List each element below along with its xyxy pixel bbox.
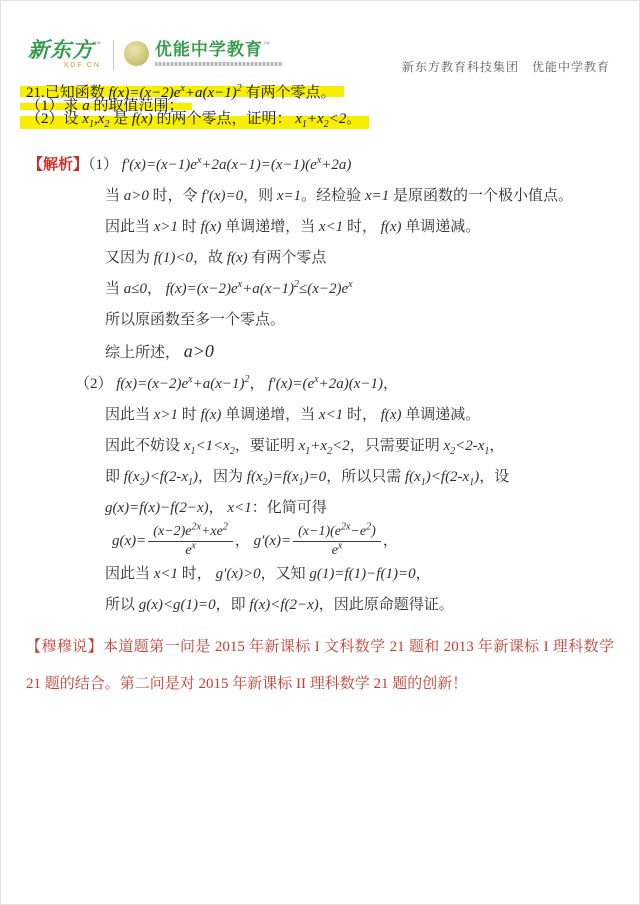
- math-run: f(x2)=f(x1)=0: [247, 469, 326, 485]
- text-run: 时，: [343, 407, 381, 423]
- math-run: f(x): [132, 111, 153, 127]
- text-run: 是: [109, 111, 132, 127]
- text-run: ，要证明: [235, 438, 299, 454]
- text-run: （1）: [88, 157, 122, 173]
- text-run: 所以原函数至多一个零点。: [105, 312, 285, 328]
- text-run: 时，: [178, 566, 216, 582]
- fraction-denominator: ex: [148, 542, 233, 559]
- text-run: 所以: [105, 597, 139, 613]
- text-run: 当: [105, 188, 124, 204]
- text-run: 因此当: [105, 407, 154, 423]
- text-run: 因此当: [105, 566, 154, 582]
- xdf-logo: 新东方™ XDF.CN: [28, 40, 111, 70]
- youneng-logo-tagline: [155, 62, 283, 66]
- text-run: 有两个零点: [248, 250, 327, 266]
- text-run: 综上所述，: [105, 345, 184, 361]
- text-run: 。经检验: [301, 188, 365, 204]
- math-run: g(x)<g(1)=0: [139, 597, 216, 613]
- math-run: x<1: [319, 407, 343, 423]
- text-run: 时，: [343, 219, 381, 235]
- text-run: ，: [383, 533, 398, 549]
- solution-line: 又因为 f(1)<0，故 f(x) 有两个零点: [0, 243, 640, 274]
- math-run: f(x)=(x−2)ex+a(x−1)2: [116, 376, 249, 392]
- math-run: g(x)=: [112, 533, 146, 549]
- math-run: f(x2)<f(2-x1): [124, 469, 198, 485]
- logo-divider: [113, 40, 114, 70]
- math-run: f(x): [201, 219, 222, 235]
- problem-row: （2）设 x1,x2 是 f(x) 的两个零点，证明： x1+x2<2。: [0, 116, 640, 134]
- solution-line: 因此当 x<1 时， g′(x)>0，又知 g(1)=f(1)−f(1)=0，: [0, 559, 640, 590]
- youneng-logo-text-wrap: 优能中学教育™: [155, 40, 283, 66]
- math-run: f(1)<0: [154, 250, 193, 266]
- document-page: 新东方™ XDF.CN 优能中学教育™ 新东方教育科技集团 优能中学教育 21.…: [0, 0, 640, 905]
- header-right-text: 新东方教育科技集团 优能中学教育: [402, 58, 610, 75]
- math-run: f′(x)=0: [201, 188, 243, 204]
- solution-block: 【解析】（1） f′(x)=(x−1)ex+2a(x−1)=(x−1)(ex+2…: [0, 150, 640, 621]
- solution-line: 因此不妨设 x1<1<x2，要证明 x1+x2<2，只需要证明 x2<2-x1，: [0, 431, 640, 462]
- text-run: ，: [383, 376, 398, 392]
- math-run: f(x): [381, 219, 402, 235]
- math-run: f(x): [227, 250, 248, 266]
- logo-row: 新东方™ XDF.CN 优能中学教育™: [28, 40, 283, 70]
- text-run: ，则: [243, 188, 277, 204]
- text-run: 的两个零点，证明：: [153, 111, 296, 127]
- solution-label: 【解析】: [28, 157, 88, 173]
- text-run: ，因此原命题得证。: [319, 597, 454, 613]
- page-header: 新东方™ XDF.CN 优能中学教育™ 新东方教育科技集团 优能中学教育: [0, 0, 640, 84]
- xdf-logo-subtext: XDF.CN: [28, 62, 101, 70]
- solution-line: （2） f(x)=(x−2)ex+a(x−1)2， f′(x)=(ex+2a)(…: [0, 369, 640, 400]
- comment-paragraph: 【穆穆说】本道题第一问是 2015 年新课标 I 文科数学 21 题和 2013…: [0, 629, 640, 703]
- math-run: f(x)=(x−2)ex+a(x−1)2≤(x−2)ex: [166, 281, 353, 297]
- math-run: x<1: [154, 566, 178, 582]
- trademark-icon: ™: [263, 40, 270, 48]
- math-run: x<1: [319, 219, 343, 235]
- fraction-denominator: ex: [293, 542, 381, 559]
- highlighted-problem-line: （1）求 a 的取值范围；: [20, 103, 192, 110]
- text-run: 时: [178, 219, 201, 235]
- solution-line: 综上所述， a>0: [0, 336, 640, 369]
- solution-line: 当 a>0 时，令 f′(x)=0，则 x=1。经检验 x=1 是原函数的一个极…: [0, 181, 640, 212]
- solution-line: 所以原函数至多一个零点。: [0, 305, 640, 336]
- youneng-logo-text: 优能中学教育: [155, 40, 263, 59]
- text-run: 因此当: [105, 219, 154, 235]
- highlighted-problem-line: 21.已知函数 f(x)=(x−2)ex+a(x−1)2 有两个零点。: [20, 86, 344, 97]
- text-run: ：化简可得: [252, 500, 327, 516]
- text-run: ，又知: [261, 566, 310, 582]
- text-run: ，: [147, 281, 166, 297]
- text-run: 时: [178, 407, 201, 423]
- math-run: x>1: [154, 219, 178, 235]
- text-run: ，只需要证明: [350, 438, 444, 454]
- text-run: 有两个零点。: [242, 85, 336, 101]
- text-run: （2）设: [26, 111, 82, 127]
- text-run: ，: [489, 438, 504, 454]
- text-run: （2）: [75, 376, 116, 392]
- math-run: f(x1)<f(2-x1): [405, 469, 479, 485]
- math-run: g′(x)=: [254, 533, 292, 549]
- text-run: ，所以只需: [326, 469, 405, 485]
- text-run: ，即: [216, 597, 250, 613]
- solution-line: 当 a≤0， f(x)=(x−2)ex+a(x−1)2≤(x−2)ex: [0, 274, 640, 305]
- math-run: f(x): [381, 407, 402, 423]
- text-run: 单调递增，当: [221, 407, 319, 423]
- round-emblem-icon: [124, 41, 149, 66]
- text-run: 。: [346, 111, 361, 127]
- text-run: ，: [209, 500, 228, 516]
- text-run: 因此不妨设: [105, 438, 184, 454]
- solution-line: g(x)=f(x)−f(2−x)， x<1：化简可得: [0, 493, 640, 524]
- math-run: x1,x2: [82, 111, 109, 127]
- math-run: g(1)=f(1)−f(1)=0: [309, 566, 415, 582]
- math-run: g′(x)>0: [216, 566, 261, 582]
- math-run: a>0: [124, 188, 149, 204]
- math-run: f(x): [201, 407, 222, 423]
- math-run: x1+x2<2: [295, 111, 346, 127]
- text-run: 单调递减。: [402, 407, 481, 423]
- math-run: x=1: [277, 188, 301, 204]
- math-run: x>1: [154, 407, 178, 423]
- fraction: (x−2)e2x+xe2ex: [148, 524, 233, 559]
- text-run: ，故: [193, 250, 227, 266]
- math-run: a≤0: [124, 281, 147, 297]
- text-run: 是原函数的一个极小值点。: [389, 188, 573, 204]
- math-run: x=1: [365, 188, 389, 204]
- problem-block: 21.已知函数 f(x)=(x−2)ex+a(x−1)2 有两个零点。（1）求 …: [0, 86, 640, 134]
- text-run: 单调递减。: [402, 219, 481, 235]
- xdf-logo-text: 新东方: [28, 39, 94, 62]
- solution-line: 所以 g(x)<g(1)=0，即 f(x)<f(2−x)，因此原命题得证。: [0, 590, 640, 621]
- text-run: ，设: [479, 469, 509, 485]
- text-run: 当: [105, 281, 124, 297]
- math-run: x<1: [227, 500, 251, 516]
- fraction-numerator: (x−2)e2x+xe2: [148, 524, 233, 542]
- math-run: f′(x)=(x−1)ex+2a(x−1)=(x−1)(ex+2a): [122, 157, 352, 173]
- text-run: 时，令: [149, 188, 202, 204]
- trademark-icon: ™: [94, 40, 101, 48]
- youneng-logo: 优能中学教育™: [124, 40, 283, 66]
- solution-line: 因此当 x>1 时 f(x) 单调递增，当 x<1 时， f(x) 单调递减。: [0, 212, 640, 243]
- math-run: x1<1<x2: [184, 438, 235, 454]
- text-run: ，: [250, 376, 269, 392]
- math-run: g(x)=f(x)−f(2−x): [105, 500, 209, 516]
- solution-line: g(x)=(x−2)e2x+xe2ex， g′(x)=(x−1)(e2x−e2)…: [0, 524, 640, 559]
- math-run: x1+x2<2: [299, 438, 350, 454]
- text-run: 又因为: [105, 250, 154, 266]
- text-run: ，: [235, 533, 254, 549]
- math-run: x2<2-x1: [443, 438, 489, 454]
- solution-line: 因此当 x>1 时 f(x) 单调递增，当 x<1 时， f(x) 单调递减。: [0, 400, 640, 431]
- math-run: f′(x)=(ex+2a)(x−1): [268, 376, 383, 392]
- solution-line: 【解析】（1） f′(x)=(x−1)ex+2a(x−1)=(x−1)(ex+2…: [0, 150, 640, 181]
- solution-line: 即 f(x2)<f(2-x1)，因为 f(x2)=f(x1)=0，所以只需 f(…: [0, 462, 640, 493]
- text-run: ，因为: [198, 469, 247, 485]
- highlighted-problem-line: （2）设 x1,x2 是 f(x) 的两个零点，证明： x1+x2<2。: [20, 116, 369, 129]
- text-run: 即: [105, 469, 124, 485]
- math-run: f(x)<f(2−x): [249, 597, 318, 613]
- fraction: (x−1)(e2x−e2)ex: [293, 524, 381, 559]
- fraction-numerator: (x−1)(e2x−e2): [293, 524, 381, 542]
- text-run: 单调递增，当: [221, 219, 319, 235]
- math-run: a>0: [184, 341, 214, 361]
- text-run: ，: [416, 566, 431, 582]
